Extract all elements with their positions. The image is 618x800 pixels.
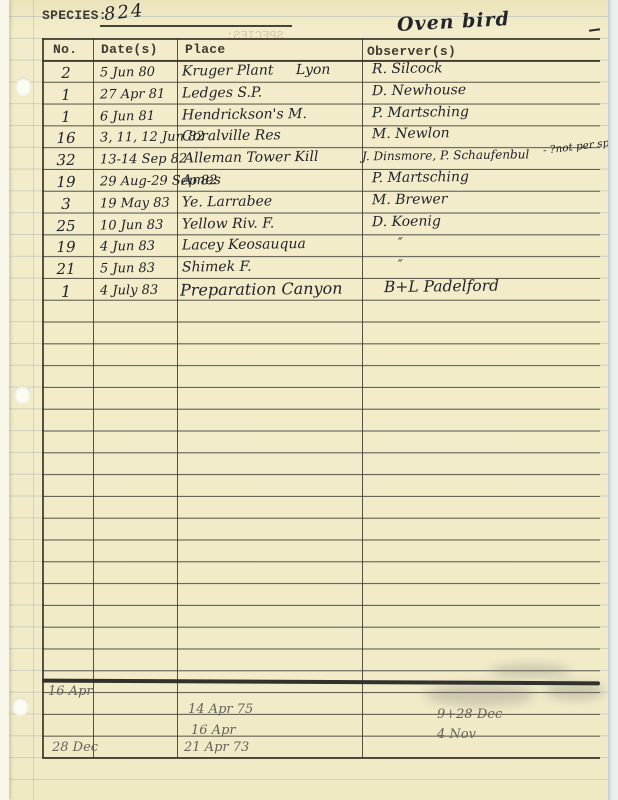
cell-count: 21 [44,259,88,281]
cell-count: 2 [44,63,88,85]
cell-observer: P. Martsching [372,102,469,124]
cell-observer: ″ [398,255,403,276]
cell-place: Ledges S.P. [182,82,262,104]
header-observer: Observer(s) [367,44,456,59]
binder-hole [14,385,31,404]
cell-observer: R. Silcock [372,58,443,80]
pen-dash-mark [589,28,600,32]
cell-observer: D. Newhouse [372,80,466,102]
cell-place: Coralville Res [182,126,281,148]
cell-place: Ames [182,170,221,191]
pencil-separator-line [42,679,600,685]
species-name-handwritten: Oven bird [397,8,511,36]
cell-count: 25 [44,215,88,237]
cell-place: Kruger Plant [182,60,274,82]
pencil-smudge [425,684,535,706]
binder-hole [12,697,29,716]
cell-observer: M. Newlon [372,124,450,146]
pencil-entry-observer: 9+28 Dec [437,707,502,722]
cell-place: Shimek F. [182,257,252,279]
pencil-entry-margin-date: 16 Apr [48,684,93,699]
cell-date: 6 Jun 81 [100,105,155,127]
cell-count: 16 [44,128,88,150]
species-label: SPECIES: [42,8,107,23]
cell-count: 1 [44,84,88,106]
species-underline [100,25,292,27]
pencil-entry-place: 14 Apr 75 [188,702,253,717]
binder-hole [15,77,32,96]
cell-date: 10 Jun 83 [100,214,164,236]
cell-count: 1 [44,281,88,303]
pencil-smudge [490,664,570,678]
cell-observer: P. Martsching [372,167,469,189]
cell-observer: B+L Padelford [384,276,499,298]
cell-count: 1 [44,106,88,128]
cell-count: 3 [44,194,88,216]
cell-date: 4 July 83 [100,280,158,302]
pencil-entry-place: 16 Apr [191,723,236,738]
header-place: Place [185,42,226,57]
cell-count: 19 [44,172,88,194]
scanned-ledger-page: SPECIES: 824 Oven bird SPECIES: No. Date… [0,0,618,800]
pencil-entry-place: 21 Apr 73 [184,740,249,755]
bleedthrough-text: SPECIES: [226,29,284,43]
species-number: 824 [103,0,145,25]
header-date: Date(s) [101,42,158,57]
cell-observer: J. Dinsmore, P. Schaufenbul [362,145,530,168]
cell-place-county: Lyon [296,60,331,81]
cell-observer: D. Koenig [372,211,441,233]
cell-place: Preparation Canyon [180,278,343,301]
cell-date: 27 Apr 81 [100,84,166,106]
cell-place: Yellow Riv. F. [182,213,275,235]
page-edge-left [0,0,9,800]
cell-observer: M. Brewer [372,189,448,211]
cell-place: Ye. Larrabee [182,191,272,213]
cell-count: 19 [44,237,88,259]
cell-date: 19 May 83 [100,193,170,215]
table-bottom-border [42,757,600,759]
cell-place: Hendrickson's M. [182,104,307,127]
cell-place: Lacey Keosauqua [182,235,306,258]
cell-observer: ″ [398,233,403,254]
cell-date: 5 Jun 80 [100,62,155,84]
pencil-entry-observer: 4 Nov [437,727,476,742]
cell-date: 13-14 Sep 82 [100,149,187,171]
header-no: No. [53,42,77,57]
page-edge-right [608,0,618,800]
table-header-top-border [42,38,600,40]
cell-place: Alleman Tower Kill [184,147,319,170]
cell-date: 5 Jun 83 [100,258,155,280]
pencil-entry-no: 28 Dec [52,740,98,755]
cell-date: 4 Jun 83 [100,236,155,258]
cell-count: 32 [44,150,88,172]
